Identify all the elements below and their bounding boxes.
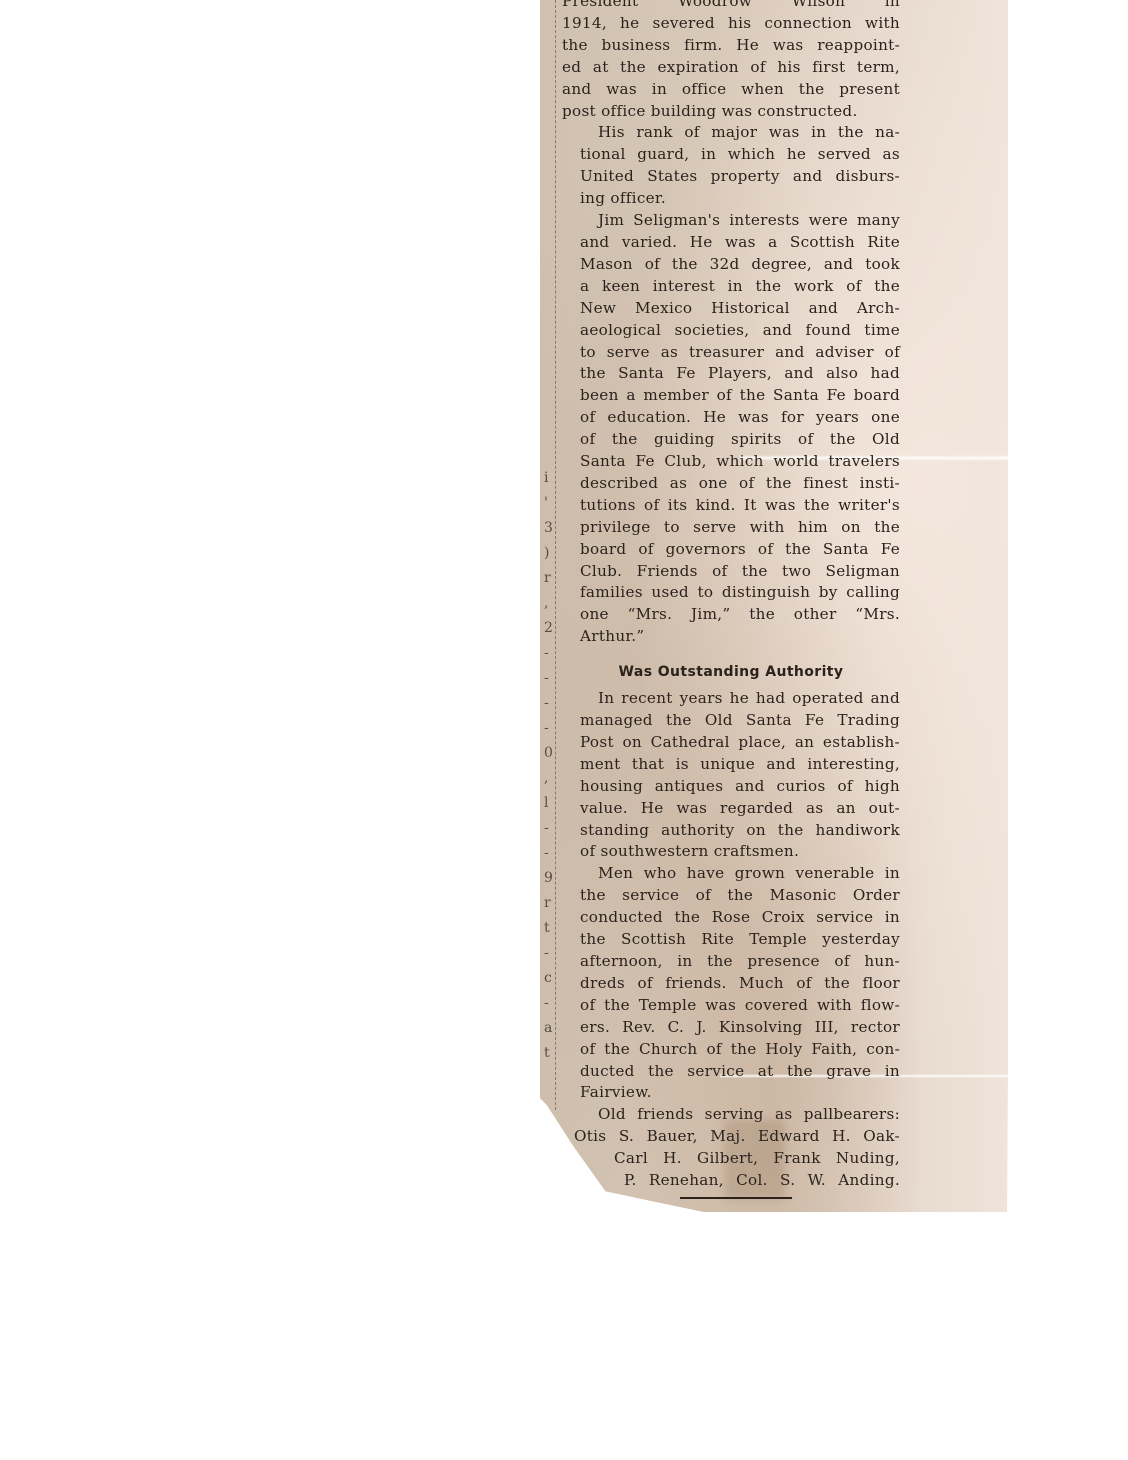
paragraph-p5: Men who have grown venerable inthe servi… <box>562 863 900 1104</box>
newspaper-clipping: i'3)r,2----0,l--9rt-c-at President Woodr… <box>540 0 1008 1212</box>
text-line: Club. Friends of the two Seligman <box>562 561 900 583</box>
text-line: His rank of major was in the na- <box>562 122 900 144</box>
margin-fragment: - <box>544 670 549 686</box>
article-column: President Woodrow Wilson in1914, he seve… <box>562 0 900 1192</box>
text-line: ing officer. <box>562 188 900 210</box>
paragraph-p4: In recent years he had operated andmanag… <box>562 688 900 863</box>
text-line: ducted the service at the grave in <box>562 1061 900 1083</box>
text-line: housing antiques and curios of high <box>562 776 900 798</box>
text-line: Post on Cathedral place, an establish- <box>562 732 900 754</box>
text-line: ers. Rev. C. J. Kinsolving III, rector <box>562 1017 900 1039</box>
text-line: President Woodrow Wilson in <box>562 0 900 13</box>
text-line: board of governors of the Santa Fe <box>562 539 900 561</box>
paragraph-p6: Old friends serving as pallbearers:Otis … <box>562 1104 900 1192</box>
margin-fragment: ' <box>544 495 548 511</box>
text-line: New Mexico Historical and Arch- <box>562 298 900 320</box>
text-line: described as one of the finest insti- <box>562 473 900 495</box>
text-line: conducted the Rose Croix service in <box>562 907 900 929</box>
text-line: Jim Seligman's interests were many <box>562 210 900 232</box>
text-line: tutions of its kind. It was the writer's <box>562 495 900 517</box>
article-end-rule <box>680 1197 792 1199</box>
text-line: tional guard, in which he served as <box>562 144 900 166</box>
margin-fragment: - <box>544 695 549 711</box>
text-line: the Scottish Rite Temple yesterday <box>562 929 900 951</box>
text-line: Arthur.” <box>562 626 900 648</box>
text-line: dreds of friends. Much of the floor <box>562 973 900 995</box>
margin-fragment: a <box>544 1020 552 1036</box>
text-line: P. Renehan, Col. S. W. Anding. <box>562 1170 900 1192</box>
text-line: Mason of the 32d degree, and took <box>562 254 900 276</box>
paragraph-p2: His rank of major was in the na-tional g… <box>562 122 900 210</box>
text-line: afternoon, in the presence of hun- <box>562 951 900 973</box>
margin-fragment: t <box>544 1045 550 1061</box>
margin-fragment: 0 <box>544 745 553 761</box>
text-line: and was in office when the present <box>562 79 900 101</box>
text-line: of the Temple was covered with flow- <box>562 995 900 1017</box>
text-line: 1914, he severed his connection with <box>562 13 900 35</box>
text-line: Old friends serving as pallbearers: <box>562 1104 900 1126</box>
text-line: United States property and disburs- <box>562 166 900 188</box>
margin-fragment: 2 <box>544 620 553 636</box>
margin-fragment: - <box>544 845 549 861</box>
margin-fragment: r <box>544 895 551 911</box>
text-line: of education. He was for years one <box>562 407 900 429</box>
text-line: a keen interest in the work of the <box>562 276 900 298</box>
margin-fragment: r <box>544 570 551 586</box>
margin-fragment: , <box>544 595 548 611</box>
margin-fragment: - <box>544 945 549 961</box>
text-line: been a member of the Santa Fe board <box>562 385 900 407</box>
text-line: aeological societies, and found time <box>562 320 900 342</box>
text-line: post office building was constructed. <box>562 101 900 123</box>
subheading: Was Outstanding Authority <box>562 662 900 684</box>
margin-fragment: - <box>544 820 549 836</box>
text-line: of the guiding spirits of the Old <box>562 429 900 451</box>
text-line: Men who have grown venerable in <box>562 863 900 885</box>
text-line: Carl H. Gilbert, Frank Nuding, <box>562 1148 900 1170</box>
text-line: the Santa Fe Players, and also had <box>562 363 900 385</box>
margin-fragment: i <box>544 470 548 486</box>
paragraph-p3: Jim Seligman's interests were manyand va… <box>562 210 900 648</box>
text-line: the business firm. He was reappoint- <box>562 35 900 57</box>
text-line: managed the Old Santa Fe Trading <box>562 710 900 732</box>
margin-fragment: c <box>544 970 552 986</box>
text-line: value. He was regarded as an out- <box>562 798 900 820</box>
margin-fragment: , <box>544 770 548 786</box>
margin-fragment: 3 <box>544 520 553 536</box>
margin-fragment: - <box>544 645 549 661</box>
text-line: standing authority on the handiwork <box>562 820 900 842</box>
text-line: In recent years he had operated and <box>562 688 900 710</box>
column-rule <box>555 0 557 1110</box>
text-line: and varied. He was a Scottish Rite <box>562 232 900 254</box>
margin-fragment: t <box>544 920 550 936</box>
margin-fragment: - <box>544 995 549 1011</box>
text-line: Santa Fe Club, which world travelers <box>562 451 900 473</box>
text-line: the service of the Masonic Order <box>562 885 900 907</box>
text-line: one “Mrs. Jim,” the other “Mrs. <box>562 604 900 626</box>
text-line: of southwestern craftsmen. <box>562 841 900 863</box>
margin-fragment: ) <box>544 545 549 561</box>
margin-fragment: 9 <box>544 870 553 886</box>
text-line: Otis S. Bauer, Maj. Edward H. Oak- <box>556 1126 900 1148</box>
margin-fragment: - <box>544 720 549 736</box>
text-line: of the Church of the Holy Faith, con- <box>562 1039 900 1061</box>
text-line: ment that is unique and interesting, <box>562 754 900 776</box>
text-line: to serve as treasurer and adviser of <box>562 342 900 364</box>
text-line: ed at the expiration of his first term, <box>562 57 900 79</box>
text-line: privilege to serve with him on the <box>562 517 900 539</box>
text-line: families used to distinguish by calling <box>562 582 900 604</box>
paragraph-p1: President Woodrow Wilson in1914, he seve… <box>562 0 900 122</box>
margin-fragment: l <box>544 795 548 811</box>
text-line: Fairview. <box>562 1082 900 1104</box>
